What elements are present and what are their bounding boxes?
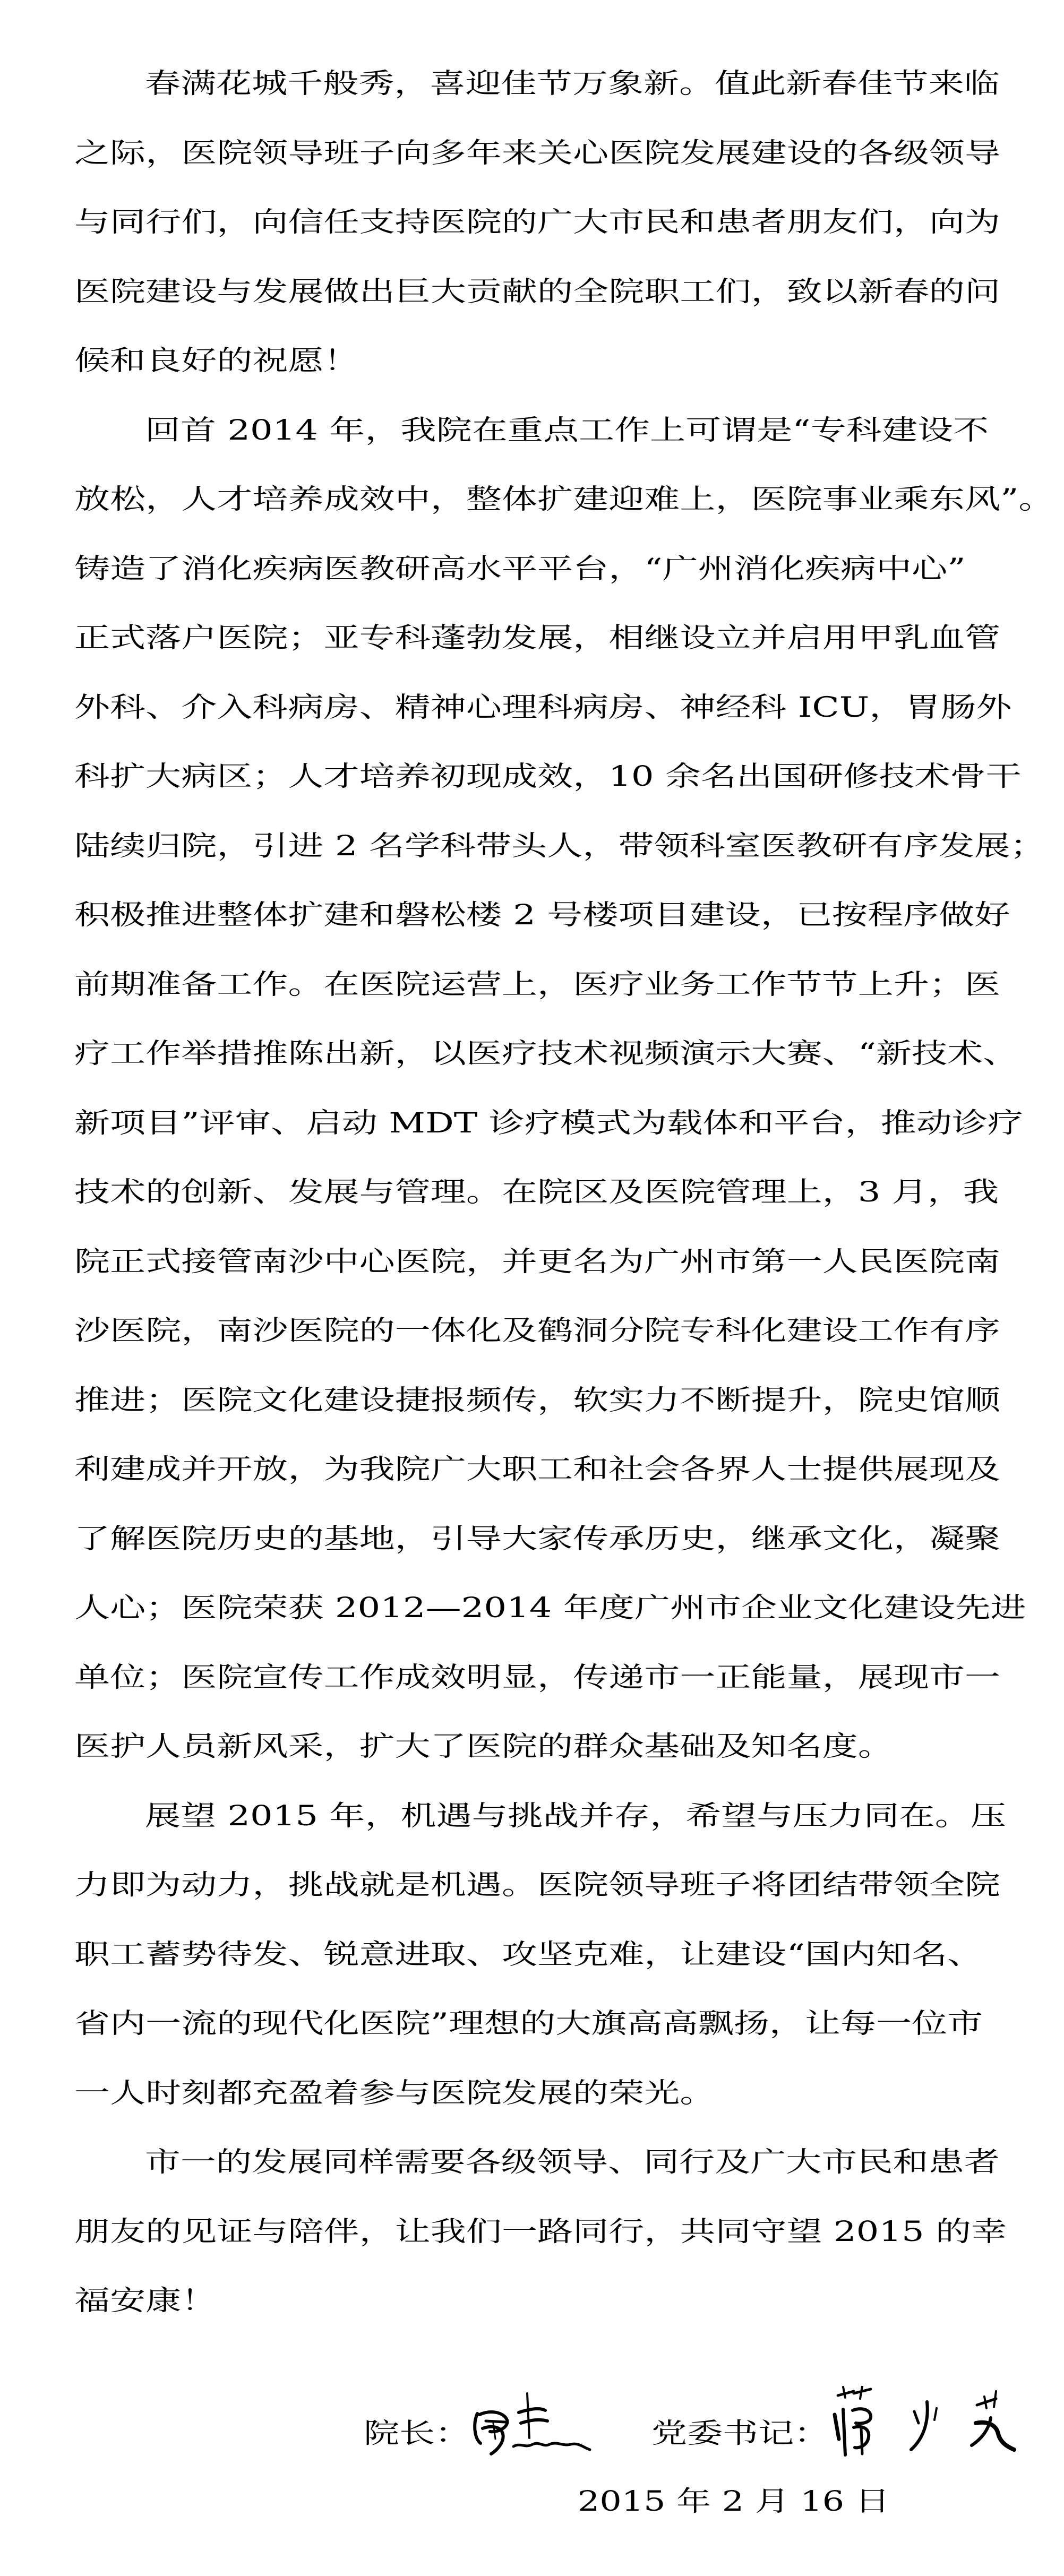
paragraph-3-line: 省内一流的现代化医院”理想的大旗高高飘扬，让每一位市 (74, 1989, 1064, 2059)
letter-page: 春满花城千般秀，喜迎佳节万象新。值此新春佳节来临 之际，医院领导班子向多年来关心… (0, 0, 1064, 2576)
paragraph-1-line: 候和良好的祝愿！ (74, 327, 1064, 396)
paragraph-2-line: 沙医院，南沙医院的一体化及鹤洞分院专科化建设工作有序 (74, 1296, 1064, 1366)
paragraph-2-line: 新项目”评审、启动 MDT 诊疗模式为载体和平台，推动诊疗 (74, 1089, 1064, 1158)
paragraph-3-line: 展望 2015 年，机遇与挑战并存，希望与压力同在。压 (74, 1782, 1064, 1851)
paragraph-1-line: 与同行们，向信任支持医院的广大市民和患者朋友们，向为 (74, 188, 1064, 257)
paragraph-2-line: 利建成并开放，为我院广大职工和社会各界人士提供展现及 (74, 1435, 1064, 1505)
president-signature-icon (470, 2391, 593, 2458)
paragraph-4-line: 福安康！ (74, 2266, 1064, 2336)
paragraph-2-line: 疗工作举措推陈出新，以医疗技术视频演示大赛、“新技术、 (74, 1019, 1064, 1089)
signature-block: 院长： 党委书记： (364, 2386, 1033, 2460)
letter-body: 春满花城千般秀，喜迎佳节万象新。值此新春佳节来临 之际，医院领导班子向多年来关心… (74, 49, 990, 2336)
paragraph-1-line: 医院建设与发展做出巨大贡献的全院职工们，致以新春的问 (74, 257, 1064, 327)
paragraph-1-line: 春满花城千般秀，喜迎佳节万象新。值此新春佳节来临 (74, 49, 1064, 119)
paragraph-3-line: 一人时刻都充盈着参与医院发展的荣光。 (74, 2059, 1064, 2128)
paragraph-2-line: 铸造了消化疾病医教研高水平平台，“广州消化疾病中心” (74, 535, 1064, 604)
paragraph-2-line: 积极推进整体扩建和磐松楼 2 号楼项目建设，已按程序做好 (74, 881, 1064, 950)
letter-date: 2015 年 2 月 16 日 (578, 2486, 890, 2518)
paragraph-2-line: 陆续归院，引进 2 名学科带头人，带领科室医教研有序发展； (74, 812, 1064, 881)
paragraph-2-line: 科扩大病区；人才培养初现成效，10 余名出国研修技术骨干 (74, 742, 1064, 812)
paragraph-3-line: 力即为动力，挑战就是机遇。医院领导班子将团结带领全院 (74, 1851, 1064, 1920)
paragraph-2-line: 技术的创新、发展与管理。在院区及医院管理上，3 月，我 (74, 1158, 1064, 1227)
paragraph-2-line: 推进；医院文化建设捷报频传，软实力不断提升，院史馆顺 (74, 1366, 1064, 1436)
paragraph-2-line: 前期准备工作。在医院运营上，医疗业务工作节节上升；医 (74, 950, 1064, 1020)
paragraph-2-line: 医护人员新风采，扩大了医院的群众基础及知名度。 (74, 1712, 1064, 1782)
president-label: 院长： (364, 2418, 470, 2450)
paragraph-2-line: 人心；医院荣获 2012—2014 年度广州市企业文化建设先进 (74, 1574, 1064, 1643)
paragraph-2-line: 正式落户医院；亚专科蓬勃发展，相继设立并启用甲乳血管 (74, 604, 1064, 673)
secretary-signature-icon (827, 2386, 1018, 2458)
paragraph-4-line: 市一的发展同样需要各级领导、同行及广大市民和患者 (74, 2128, 1064, 2197)
paragraph-2-line: 外科、介入科病房、精神心理科病房、神经科 ICU，胃肠外 (74, 673, 1064, 743)
paragraph-1-line: 之际，医院领导班子向多年来关心医院发展建设的各级领导 (74, 119, 1064, 188)
paragraph-2-line: 院正式接管南沙中心医院，并更名为广州市第一人民医院南 (74, 1227, 1064, 1297)
paragraph-2-line: 放松，人才培养成效中，整体扩建迎难上，医院事业乘东风”。 (74, 465, 1064, 535)
paragraph-3-line: 职工蓄势待发、锐意进取、攻坚克难，让建设“国内知名、 (74, 1920, 1064, 1990)
secretary-label: 党委书记： (651, 2418, 829, 2450)
paragraph-2-line: 了解医院历史的基地，引导大家传承历史，继承文化，凝聚 (74, 1505, 1064, 1574)
paragraph-2-line: 单位；医院宣传工作成效明显，传递市一正能量，展现市一 (74, 1643, 1064, 1713)
paragraph-2-line: 回首 2014 年，我院在重点工作上可谓是“专科建设不 (74, 396, 1064, 466)
paragraph-4-line: 朋友的见证与陪伴，让我们一路同行，共同守望 2015 的幸 (74, 2197, 1064, 2267)
